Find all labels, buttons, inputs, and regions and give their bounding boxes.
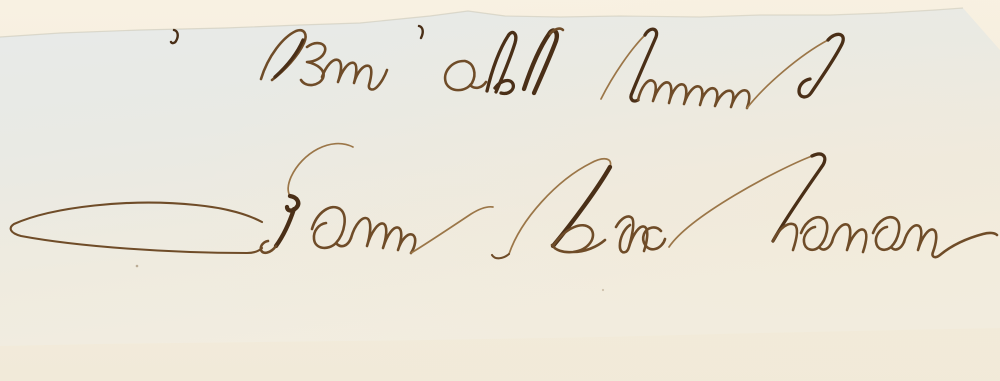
- ink-speck: [602, 289, 604, 291]
- signature-slip-graphic: Your Obt Servant James Buchanan: [0, 0, 1000, 381]
- autograph-photo: Your Obt Servant James Buchanan: [0, 0, 1000, 381]
- signature-slip: [0, 0, 1000, 381]
- ink-speck: [136, 265, 139, 268]
